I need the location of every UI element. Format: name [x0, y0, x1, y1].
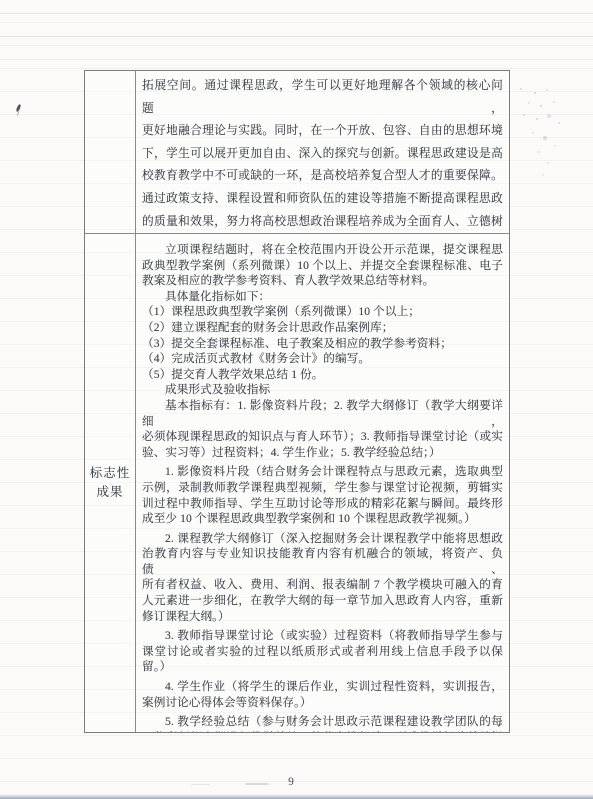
- text-line: 一位老师都定期进行教学总结，彼此交流经验，形成教学经验总结报: [142, 730, 503, 732]
- footer-smudge-dash: [245, 783, 269, 785]
- text-line: 留。）: [142, 659, 503, 675]
- text-line: 治教育内容与专业知识技能教育内容有机融合的领域，将资产、负债、: [142, 546, 503, 577]
- text-line: （2）建立课程配套的财务会计思政作品案例库；: [142, 320, 503, 336]
- text-line: 所有者权益、收入、费用、利润、报表编制 7 个教学模块可融入的育: [142, 577, 503, 593]
- text-line: （3）提交全套课程标准、电子教案及相应的教学参考资料；: [142, 336, 503, 352]
- text-line: 成果形式及验收指标: [142, 382, 503, 398]
- document-page: 拓展空间。通过课程思政，学生可以更好地理解各个领域的核心问题，更好地融合理论与实…: [0, 0, 593, 799]
- text-line: （5）提交育人教学效果总结 1 份。: [142, 367, 503, 383]
- text-line: 修订课程大纲。）: [142, 609, 503, 625]
- text-line: 拓展空间。通过课程思政，学生可以更好地理解各个领域的核心问题，: [142, 75, 503, 120]
- text-line: 2. 课程教学大纲修订（深入挖掘财务会计课程教学中能将思想政: [142, 531, 503, 547]
- achievements-content: 立项课程结题时，将在全校范围内开设公开示范课，提交课程思政典型教学案例（系列微课…: [136, 234, 509, 732]
- text-line: 5. 教学经验总结（参与财务会计思政示范课程建设教学团队的每: [142, 714, 503, 730]
- footer-smudge-dash-left: [191, 784, 210, 785]
- text-line: （4）完成活页式教材《财务会计》的编写。: [142, 351, 503, 367]
- content-table: 拓展空间。通过课程思政，学生可以更好地理解各个领域的核心问题，更好地融合理论与实…: [84, 70, 510, 733]
- text-line: （1）课程思政典型教学案例（系列微课）10 个以上；: [142, 304, 503, 320]
- text-line: 校教育教学中不可或缺的一环，是高校培养复合型人才的重要保障。: [142, 165, 503, 188]
- scanner-streak-top-1: [0, 13, 593, 14]
- text-line: 立项课程结题时，将在全校范围内开设公开示范课，提交课程思: [142, 242, 503, 258]
- label-text-line2: 成果: [96, 483, 123, 502]
- text-line: 下，学生可以展开更加自由、深入的探究与创新。课程思政建设是高: [142, 143, 503, 166]
- scan-bottom-edge: [0, 794, 593, 799]
- text-line: 示例，录制教师教学课程典型视频，学生参与课堂讨论视频，剪辑实: [142, 480, 503, 496]
- text-line: 案例讨论心得体会等资料保存。）: [142, 695, 503, 711]
- text-line: 训过程中教师指导、学生互助讨论等形成的精彩花絮与瞬间。最终形: [142, 496, 503, 512]
- scanner-streak-top-3: [0, 59, 593, 60]
- text-line: 课堂讨论或者实验的过程以纸质形式或者利用线上信息手段予以保: [142, 644, 503, 660]
- text-line: 基本指标有：1. 影像资料片段；2. 教学大纲修订（教学大纲要详细，: [142, 398, 503, 429]
- page-number: 9: [284, 776, 298, 788]
- text-line: 教案及相应的教学参考资料、育人教学效果总结等材料。: [142, 273, 503, 289]
- text-line: 人元素进一步细化，在教学大纲的每一章节加入思政育人内容，重新: [142, 593, 503, 609]
- text-line: 更好地融合理论与实践。同时，在一个开放、包容、自由的思想环境: [142, 120, 503, 143]
- scanner-streak-top-2: [0, 36, 593, 37]
- text-line: 通过政策支持、课程设置和师资队伍的建设等措施不断提高课程思政: [142, 188, 503, 211]
- label-cell-empty: [85, 71, 136, 234]
- label-text-line1: 标志性: [90, 464, 131, 483]
- scan-speckles: [520, 88, 522, 90]
- landmark-achievements-label: 标志性 成果: [85, 234, 136, 732]
- text-line: 4. 学生作业（将学生的课后作业，实训过程性资料，实训报告，: [142, 679, 503, 695]
- text-line: 必须体现课程思政的知识点与育人环节）；3. 教师指导课堂讨论（或实: [142, 429, 503, 445]
- text-line: 1. 影像资料片段（结合财务会计课程特点与思政元素，选取典型: [142, 464, 503, 480]
- text-line: 具体量化指标如下：: [142, 289, 503, 305]
- course-ideology-paragraph: 拓展空间。通过课程思政，学生可以更好地理解各个领域的核心问题，更好地融合理论与实…: [136, 71, 509, 234]
- text-line: 成至少 10 个课程思政典型教学案例和 10 个课程思政教学视频。）: [142, 511, 503, 527]
- text-line: 验、实习等）过程资料；4. 学生作业；5. 教学经验总结；）: [142, 445, 503, 461]
- text-line: 3. 教师指导课堂讨论（或实验）过程资料（将教师指导学生参与: [142, 628, 503, 644]
- text-line: 政典型教学案例（系列微课）10 个以上、并提交全套课程标准、电子: [142, 258, 503, 274]
- ink-mark: [15, 104, 21, 113]
- text-line: 的质量和效果，努力将高校思想政治课程培养成为全面育人、立德树: [142, 211, 503, 234]
